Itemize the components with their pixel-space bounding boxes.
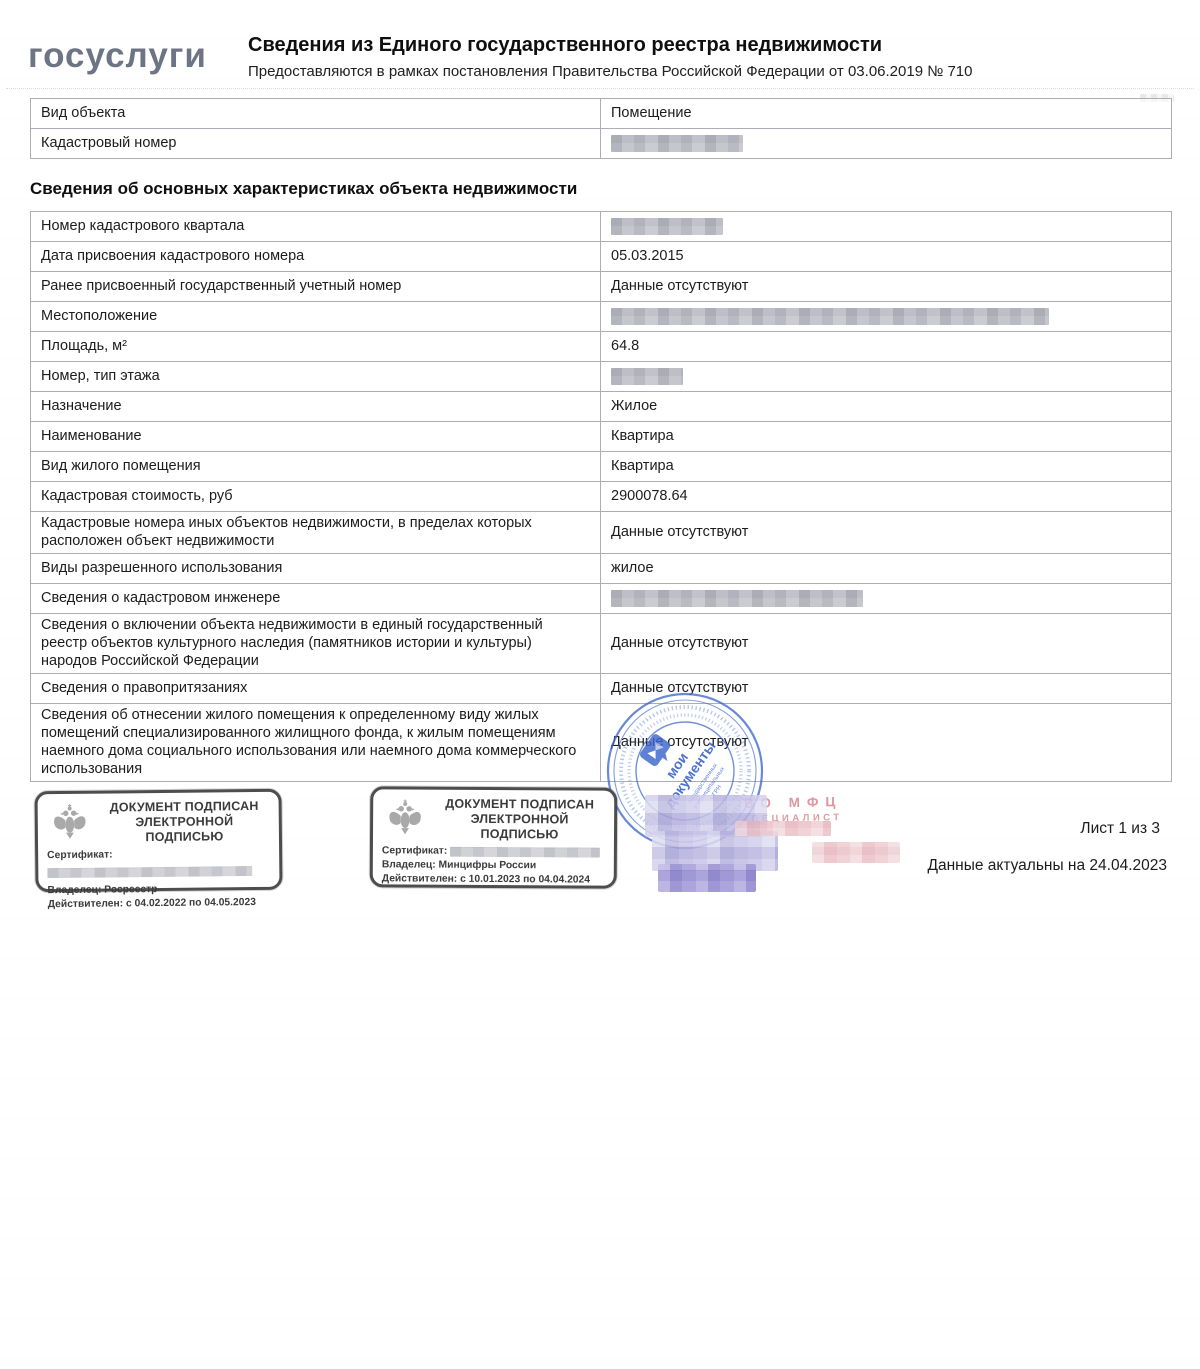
signature-validity: Действителен: с 10.01.2023 по 04.04.2024 <box>382 872 605 887</box>
table-row: Сведения о кадастровом инженере <box>31 584 1171 614</box>
signature-owner: Владелец: Минцифры России <box>382 858 605 873</box>
table-row: Виды разрешенного использования жилое <box>31 554 1171 584</box>
scanned-document-page: госуслуги Сведения из Единого государств… <box>0 0 1200 1369</box>
certificate-label: Сертификат: <box>382 846 447 857</box>
data-actuality-date: Данные актуальны на 24.04.2023 <box>927 857 1167 875</box>
gosuslugi-logo: госуслуги <box>28 36 207 76</box>
table-row: Кадастровая стоимость, руб 2900078.64 <box>31 482 1171 512</box>
russian-coat-of-arms-icon <box>382 796 428 840</box>
redaction-mosaic <box>611 368 683 385</box>
row-label: Вид объекта <box>31 99 601 128</box>
signature-stamp-title: ДОКУМЕНТ ПОДПИСАН ЭЛЕКТРОННОЙ ПОДПИСЬЮ <box>434 797 605 842</box>
object-table: Вид объекта Помещение Кадастровый номер <box>30 98 1172 159</box>
row-label: Кадастровые номера иных объектов недвижи… <box>31 512 601 553</box>
certificate-line: Сертификат: <box>382 845 605 860</box>
table-row: Площадь, м² 64.8 <box>31 332 1171 362</box>
row-value: Данные отсутствуют <box>601 614 1171 673</box>
row-label: Кадастровая стоимость, руб <box>31 482 601 511</box>
redaction-mosaic <box>611 135 743 152</box>
table-row: Вид жилого помещения Квартира <box>31 452 1171 482</box>
document-subtitle: Предоставляются в рамках постановления П… <box>248 63 973 80</box>
table-row: Назначение Жилое <box>31 392 1171 422</box>
row-value: Квартира <box>601 452 1171 481</box>
section-title: Сведения об основных характеристиках объ… <box>30 179 577 199</box>
row-label: Наименование <box>31 422 601 451</box>
table-row: Дата присвоения кадастрового номера 05.0… <box>31 242 1171 272</box>
table-row: Кадастровый номер <box>31 129 1171 158</box>
sheet-number: Лист 1 из 3 <box>1080 820 1160 838</box>
document-title: Сведения из Единого государственного рее… <box>248 34 882 57</box>
redaction-mosaic <box>611 590 863 607</box>
row-value: Квартира <box>601 422 1171 451</box>
row-value: Данные отсутствуют <box>601 272 1171 301</box>
table-row: Сведения об отнесении жилого помещения к… <box>31 704 1171 781</box>
row-value: 05.03.2015 <box>601 242 1171 271</box>
row-label: Кадастровый номер <box>31 129 601 158</box>
row-label: Вид жилого помещения <box>31 452 601 481</box>
signature-validity: Действителен: с 04.02.2022 по 04.05.2023 <box>48 896 271 912</box>
digital-signature-stamp-mintsifry: ДОКУМЕНТ ПОДПИСАН ЭЛЕКТРОННОЙ ПОДПИСЬЮ С… <box>370 786 618 889</box>
signature-stamp-title: ДОКУМЕНТ ПОДПИСАН ЭЛЕКТРОННОЙ ПОДПИСЬЮ <box>99 799 270 845</box>
redaction-mosaic <box>812 842 900 863</box>
row-label: Сведения о правопритязаниях <box>31 674 601 703</box>
row-value-redacted <box>601 129 1171 158</box>
row-value-redacted <box>601 362 1171 391</box>
table-row: Сведения о правопритязаниях Данные отсут… <box>31 674 1171 704</box>
row-label: Номер, тип этажа <box>31 362 601 391</box>
row-value: Жилое <box>601 392 1171 421</box>
redaction-mosaic <box>735 821 831 836</box>
row-value: 64.8 <box>601 332 1171 361</box>
redaction-mosaic <box>658 864 756 892</box>
row-label: Сведения об отнесении жилого помещения к… <box>31 704 601 781</box>
row-value-redacted <box>601 302 1171 331</box>
row-label: Сведения о кадастровом инженере <box>31 584 601 613</box>
header-divider <box>6 88 1194 89</box>
redaction-mosaic <box>450 846 600 857</box>
certificate-label: Сертификат: <box>47 847 270 863</box>
row-value: 2900078.64 <box>601 482 1171 511</box>
table-row: Номер, тип этажа <box>31 362 1171 392</box>
table-row: Наименование Квартира <box>31 422 1171 452</box>
row-label: Ранее присвоенный государственный учетны… <box>31 272 601 301</box>
table-row: Кадастровые номера иных объектов недвижи… <box>31 512 1171 554</box>
row-label: Сведения о включении объекта недвижимост… <box>31 614 601 673</box>
redaction-mosaic <box>47 866 252 878</box>
row-label: Дата присвоения кадастрового номера <box>31 242 601 271</box>
row-label: Местоположение <box>31 302 601 331</box>
row-label: Площадь, м² <box>31 332 601 361</box>
row-label: Назначение <box>31 392 601 421</box>
table-row: Вид объекта Помещение <box>31 99 1171 129</box>
row-label: Номер кадастрового квартала <box>31 212 601 241</box>
table-row: Номер кадастрового квартала <box>31 212 1171 242</box>
row-value-redacted <box>601 584 1171 613</box>
row-label: Виды разрешенного использования <box>31 554 601 583</box>
table-row: Сведения о включении объекта недвижимост… <box>31 614 1171 674</box>
table-row: Местоположение <box>31 302 1171 332</box>
row-value: Данные отсутствуют <box>601 512 1171 553</box>
redaction-mosaic <box>611 218 723 235</box>
redaction-mosaic <box>611 308 1049 325</box>
row-value: жилое <box>601 554 1171 583</box>
digital-signature-stamp-rosreestr: ДОКУМЕНТ ПОДПИСАН ЭЛЕКТРОННОЙ ПОДПИСЬЮ С… <box>34 789 282 893</box>
details-table: Номер кадастрового квартала Дата присвое… <box>30 211 1172 782</box>
row-value-redacted <box>601 212 1171 241</box>
row-value: Помещение <box>601 99 1171 128</box>
russian-coat-of-arms-icon <box>47 801 93 845</box>
table-row: Ранее присвоенный государственный учетны… <box>31 272 1171 302</box>
